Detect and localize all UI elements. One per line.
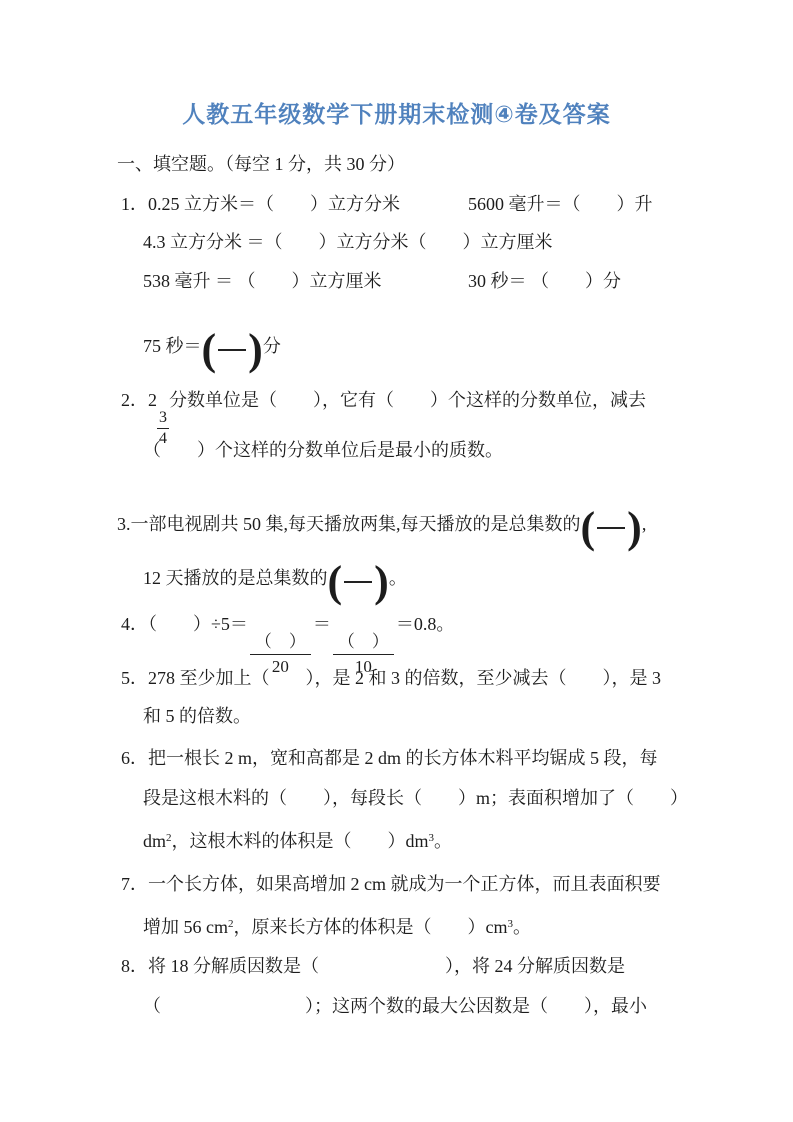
q1-line3-right: 30 秒＝ （ ）分: [468, 269, 621, 293]
q5-line1-text: 5．278 至少加上（ ），是 2 和 3 的倍数，至少减去（ ），是 3: [121, 668, 661, 688]
q6-line3-b: ，这根木料的体积是（ ）dm: [172, 831, 429, 851]
q6-line3-a: dm: [143, 831, 166, 851]
q6-line1-text: 6．把一根长 2 m，宽和高都是 2 dm 的长方体木料平均锯成 5 段，每: [121, 748, 658, 768]
fraction-numerator: 3: [157, 409, 169, 429]
q6-line2-text: 段是这根木料的（ ），每段长（ ）m；表面积增加了（ ）: [143, 788, 688, 808]
fraction-blank: (): [202, 324, 263, 376]
big-paren-close: ): [248, 324, 263, 376]
q3-line2-pre: 12 天播放的是总集数的: [143, 568, 328, 588]
question-1-line-4: 75 秒＝()分: [143, 324, 281, 376]
fraction-blank: (): [328, 556, 389, 608]
q5-line2-text: 和 5 的倍数。: [143, 706, 251, 726]
question-5-line-2: 和 5 的倍数。: [143, 704, 251, 728]
section-1-heading: 一、填空题。（每空 1 分，共 30 分）: [117, 152, 405, 176]
question-7-line-2: 增加 56 cm2，原来长方体的体积是（ ）cm3。: [143, 912, 531, 939]
question-1-line-1: 1．0.25 立方米＝（ ）立方分米 5600 毫升＝（ ）升: [121, 192, 681, 216]
question-6-line-3: dm2，这根木料的体积是（ ）dm3。: [143, 826, 452, 853]
q4-post: ＝0.8。: [396, 614, 455, 634]
equals-sign: ＝: [313, 614, 331, 634]
question-8-line-2: （ ）；这两个数的最大公因数是（ ），最小: [143, 994, 647, 1018]
question-2-line-2: （ ）个这样的分数单位后是最小的质数。: [143, 438, 503, 462]
fraction-numerator: （ ）: [333, 631, 394, 655]
q2-line1-pre: 2．2: [121, 390, 157, 410]
q1-line4-post: 分: [263, 336, 281, 356]
question-8-line-1: 8．将 18 分解质因数是（ ），将 24 分解质因数是: [121, 954, 625, 978]
question-1-line-2: 4.3 立方分米 ＝（ ）立方分米（ ）立方厘米: [143, 230, 553, 254]
question-6-line-2: 段是这根木料的（ ），每段长（ ）m；表面积增加了（ ）: [143, 786, 688, 810]
big-paren-open: (: [202, 324, 217, 376]
q1-line4-pre: 75 秒＝: [143, 336, 202, 356]
q3-line2-post: 。: [389, 568, 407, 588]
question-6-line-1: 6．把一根长 2 m，宽和高都是 2 dm 的长方体木料平均锯成 5 段，每: [121, 746, 658, 770]
question-1-line-3: 538 毫升 ＝ （ ）立方厘米 30 秒＝ （ ）分: [143, 269, 681, 293]
q1-line2-text: 4.3 立方分米 ＝（ ）立方分米（ ）立方厘米: [143, 232, 553, 252]
q2-line1-rest: 分数单位是（ ），它有（ ）个这样的分数单位，减去: [169, 390, 646, 410]
q4-pre: 4．（ ）÷5＝: [121, 614, 248, 634]
q1-line1-left: 1．0.25 立方米＝（ ）立方分米: [121, 194, 400, 214]
exam-page: 人教五年级数学下册期末检测④卷及答案 一、填空题。（每空 1 分，共 30 分）…: [0, 0, 793, 1122]
q1-line1-right: 5600 毫升＝（ ）升: [468, 192, 653, 216]
q2-line2-text: （ ）个这样的分数单位后是最小的质数。: [143, 440, 503, 460]
q7-line2-c: 。: [513, 917, 531, 937]
fraction-bar: [597, 527, 625, 529]
q8-line1-text: 8．将 18 分解质因数是（ ），将 24 分解质因数是: [121, 956, 625, 976]
q3-line1-pre: 3.一部电视剧共 50 集,每天播放两集,每天播放的是总集数的: [117, 514, 581, 534]
q6-line3-c: 。: [434, 831, 452, 851]
q3-line1-post: ,: [642, 514, 647, 534]
q7-line1-text: 7．一个长方体，如果高增加 2 cm 就成为一个正方体，而且表面积要: [121, 874, 661, 894]
question-3-line-2: 12 天播放的是总集数的()。: [143, 556, 407, 608]
fraction-blank: (): [581, 502, 642, 554]
q1-line3-left: 538 毫升 ＝ （ ）立方厘米: [143, 271, 382, 291]
big-paren-open: (: [581, 502, 596, 554]
big-paren-close: ): [627, 502, 642, 554]
fraction-bar: [344, 581, 372, 583]
q7-line2-b: ，原来长方体的体积是（ ）cm: [234, 917, 508, 937]
big-paren-close: ): [374, 556, 389, 608]
q8-line2-text: （ ）；这两个数的最大公因数是（ ），最小: [143, 996, 647, 1016]
fraction-bar: [218, 349, 246, 351]
question-3-line-1: 3.一部电视剧共 50 集,每天播放两集,每天播放的是总集数的(),: [117, 502, 646, 554]
fraction-numerator: （ ）: [250, 631, 311, 655]
page-title: 人教五年级数学下册期末检测④卷及答案: [0, 96, 793, 129]
big-paren-open: (: [328, 556, 343, 608]
q7-line2-a: 增加 56 cm: [143, 917, 228, 937]
question-7-line-1: 7．一个长方体，如果高增加 2 cm 就成为一个正方体，而且表面积要: [121, 872, 661, 896]
question-5-line-1: 5．278 至少加上（ ），是 2 和 3 的倍数，至少减去（ ），是 3: [121, 666, 661, 690]
